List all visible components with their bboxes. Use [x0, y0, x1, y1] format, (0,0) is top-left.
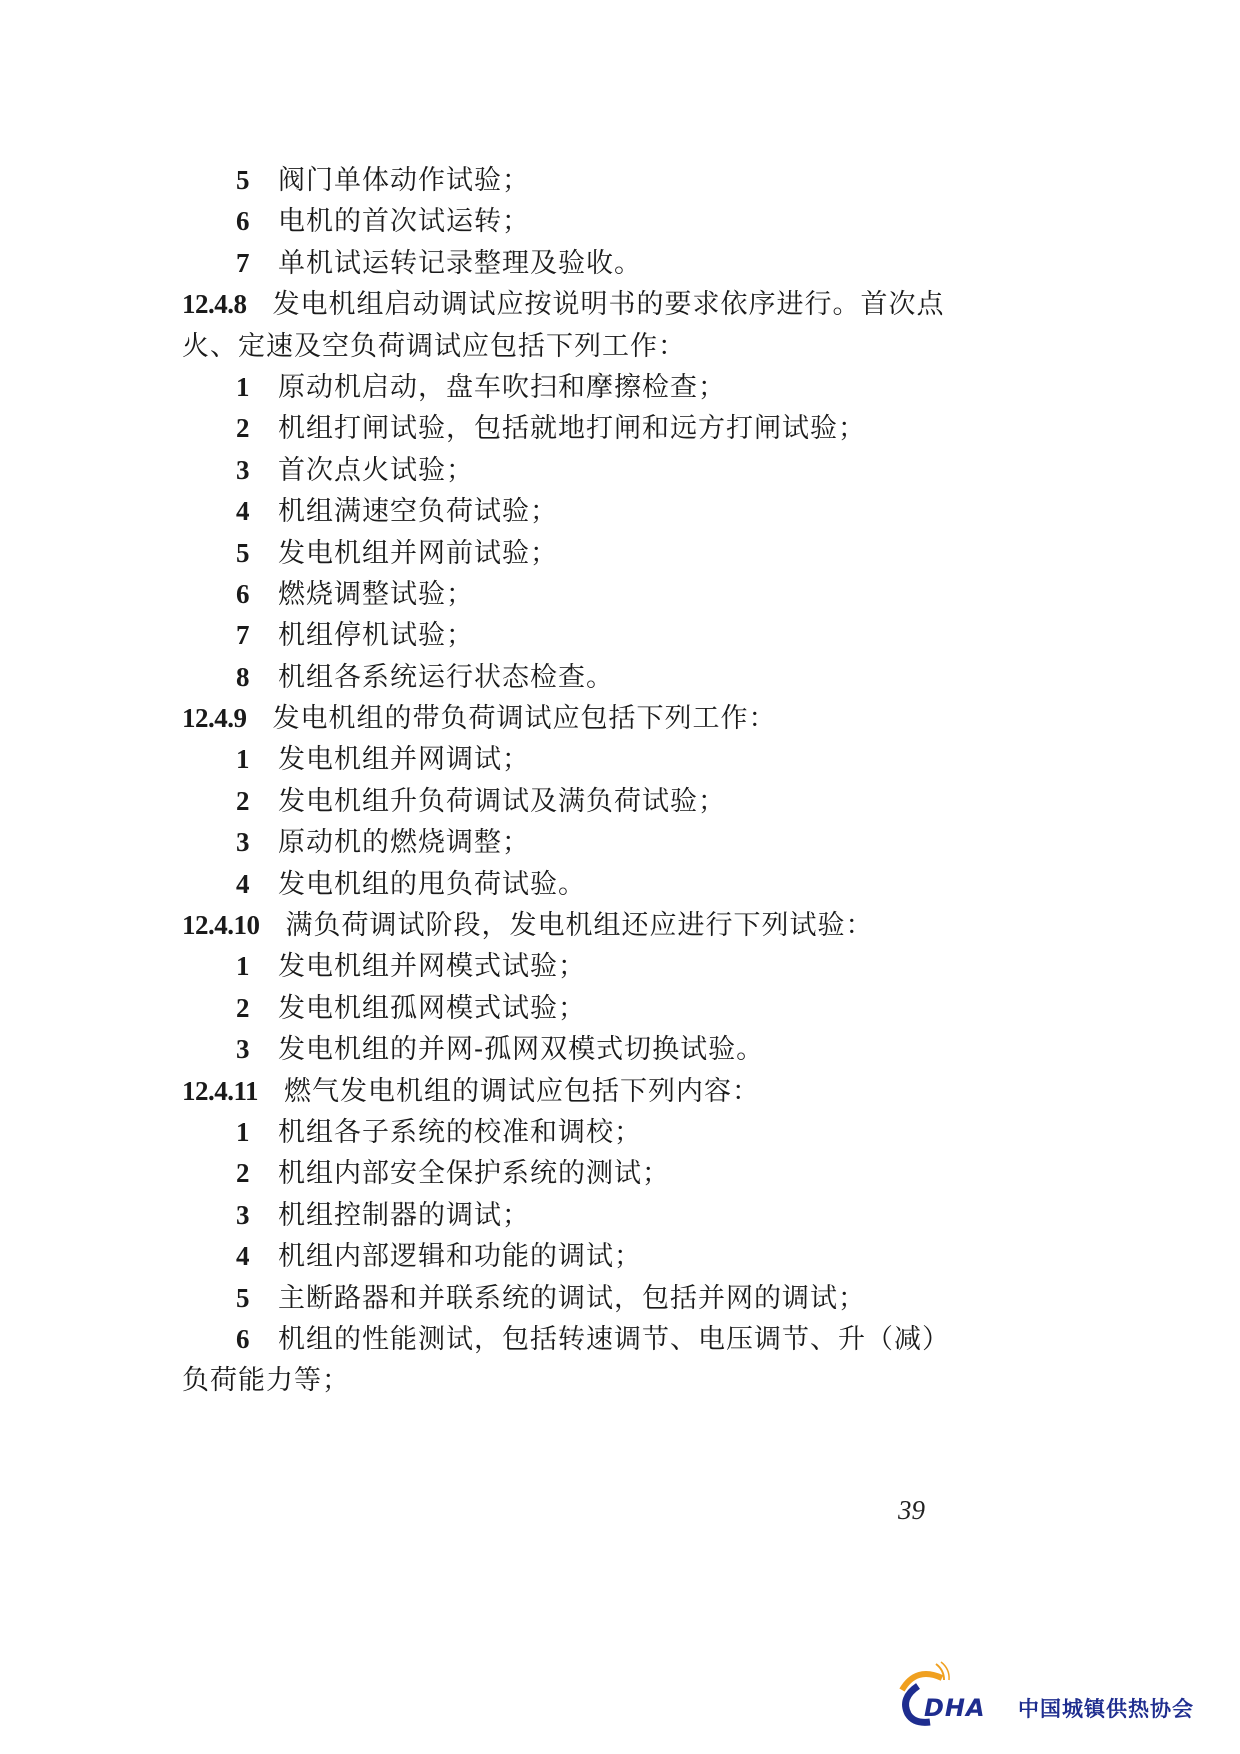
list-item: 2机组打闸试验，包括就地打闸和远方打闸试验； [182, 408, 962, 449]
item-number: 3 [236, 450, 278, 491]
line-text: 机组各子系统的校准和调校； [278, 1117, 642, 1148]
clause-number: 12.4.9 [182, 698, 247, 739]
item-number: 6 [236, 201, 278, 242]
list-item: 5阀门单体动作试验； [182, 160, 962, 201]
line-text: 机组各系统运行状态检查。 [278, 662, 614, 693]
item-number: 1 [236, 739, 278, 780]
svg-text:DHA: DHA [924, 1694, 986, 1722]
line-text: 机组的性能测试，包括转速调节、电压调节、升（减） [278, 1324, 950, 1355]
line-text: 发电机组的带负荷调试应包括下列工作： [273, 703, 777, 734]
list-item: 4机组内部逻辑和功能的调试； [182, 1236, 962, 1277]
item-number: 3 [236, 1029, 278, 1070]
document-page: 5阀门单体动作试验；6电机的首次试运转；7单机试运转记录整理及验收。12.4.8… [0, 0, 1240, 1754]
item-number: 6 [236, 1319, 278, 1360]
line-text: 火、定速及空负荷调试应包括下列工作： [182, 331, 686, 362]
line-text: 发电机组孤网模式试验； [278, 993, 586, 1024]
line-text: 满负荷调试阶段，发电机组还应进行下列试验： [286, 910, 874, 941]
line-text: 机组控制器的调试； [278, 1200, 530, 1231]
line-text: 发电机组并网前试验； [278, 538, 558, 569]
line-text: 机组内部逻辑和功能的调试； [278, 1241, 642, 1272]
item-number: 1 [236, 367, 278, 408]
organization-name: 中国城镇供热协会 [1018, 1693, 1194, 1723]
item-number: 8 [236, 657, 278, 698]
item-number: 2 [236, 781, 278, 822]
list-item: 3首次点火试验； [182, 450, 962, 491]
list-item: 5主断路器和并联系统的调试，包括并网的调试； [182, 1278, 962, 1319]
line-text: 发电机组并网调试； [278, 744, 530, 775]
item-number: 5 [236, 160, 278, 201]
association-logo: DHA 中国城镇供热协会 [898, 1660, 1218, 1730]
line-text: 机组满速空负荷试验； [278, 496, 558, 527]
line-text: 机组打闸试验，包括就地打闸和远方打闸试验； [278, 413, 866, 444]
item-number: 2 [236, 1153, 278, 1194]
list-item: 3原动机的燃烧调整； [182, 822, 962, 863]
item-number: 4 [236, 491, 278, 532]
item-number: 1 [236, 946, 278, 987]
item-number: 1 [236, 1112, 278, 1153]
list-item: 6电机的首次试运转； [182, 201, 962, 242]
line-text: 原动机的燃烧调整； [278, 827, 530, 858]
list-item: 3机组控制器的调试； [182, 1195, 962, 1236]
clause-number: 12.4.10 [182, 905, 260, 946]
clause-number: 12.4.11 [182, 1071, 258, 1112]
body-text: 5阀门单体动作试验；6电机的首次试运转；7单机试运转记录整理及验收。12.4.8… [182, 160, 962, 1402]
list-item: 7机组停机试验； [182, 615, 962, 656]
item-number: 2 [236, 988, 278, 1029]
item-number: 3 [236, 822, 278, 863]
clause-heading: 12.4.11燃气发电机组的调试应包括下列内容： [182, 1071, 962, 1112]
line-text: 主断路器和并联系统的调试，包括并网的调试； [278, 1283, 866, 1314]
list-item: 2机组内部安全保护系统的测试； [182, 1153, 962, 1194]
item-number: 7 [236, 615, 278, 656]
line-text: 发电机组启动调试应按说明书的要求依序进行。首次点 [273, 289, 945, 320]
line-text: 发电机组升负荷调试及满负荷试验； [278, 786, 726, 817]
list-item: 5发电机组并网前试验； [182, 533, 962, 574]
line-text: 电机的首次试运转； [278, 206, 530, 237]
line-text: 发电机组的并网-孤网双模式切换试验。 [278, 1034, 764, 1065]
line-text: 负荷能力等； [182, 1365, 350, 1396]
line-text: 机组内部安全保护系统的测试； [278, 1158, 670, 1189]
item-number: 5 [236, 533, 278, 574]
line-text: 首次点火试验； [278, 455, 474, 486]
item-number: 4 [236, 1236, 278, 1277]
item-number: 7 [236, 243, 278, 284]
item-number: 2 [236, 408, 278, 449]
page-number: 39 [898, 1495, 925, 1526]
item-number: 6 [236, 574, 278, 615]
list-item: 8机组各系统运行状态检查。 [182, 657, 962, 698]
continuation-line: 负荷能力等； [182, 1360, 962, 1401]
list-item: 4机组满速空负荷试验； [182, 491, 962, 532]
item-number: 4 [236, 864, 278, 905]
list-item: 1发电机组并网调试； [182, 739, 962, 780]
list-item: 6燃烧调整试验； [182, 574, 962, 615]
line-text: 发电机组并网模式试验； [278, 951, 586, 982]
line-text: 机组停机试验； [278, 620, 474, 651]
clause-heading: 12.4.10满负荷调试阶段，发电机组还应进行下列试验： [182, 905, 962, 946]
list-item: 3发电机组的并网-孤网双模式切换试验。 [182, 1029, 962, 1070]
clause-number: 12.4.8 [182, 284, 247, 325]
line-text: 单机试运转记录整理及验收。 [278, 248, 642, 279]
item-number: 5 [236, 1278, 278, 1319]
line-text: 阀门单体动作试验； [278, 165, 530, 196]
list-item: 6机组的性能测试，包括转速调节、电压调节、升（减） [182, 1319, 962, 1360]
line-text: 发电机组的甩负荷试验。 [278, 869, 586, 900]
clause-heading: 12.4.8发电机组启动调试应按说明书的要求依序进行。首次点 [182, 284, 962, 325]
continuation-line: 火、定速及空负荷调试应包括下列工作： [182, 326, 962, 367]
list-item: 2发电机组孤网模式试验； [182, 988, 962, 1029]
list-item: 2发电机组升负荷调试及满负荷试验； [182, 781, 962, 822]
list-item: 1发电机组并网模式试验； [182, 946, 962, 987]
list-item: 4发电机组的甩负荷试验。 [182, 864, 962, 905]
line-text: 原动机启动，盘车吹扫和摩擦检查； [278, 372, 726, 403]
list-item: 1原动机启动，盘车吹扫和摩擦检查； [182, 367, 962, 408]
clause-heading: 12.4.9发电机组的带负荷调试应包括下列工作： [182, 698, 962, 739]
cdha-logo-icon: DHA [898, 1660, 1018, 1730]
line-text: 燃气发电机组的调试应包括下列内容： [284, 1076, 760, 1107]
item-number: 3 [236, 1195, 278, 1236]
line-text: 燃烧调整试验； [278, 579, 474, 610]
list-item: 1机组各子系统的校准和调校； [182, 1112, 962, 1153]
list-item: 7单机试运转记录整理及验收。 [182, 243, 962, 284]
